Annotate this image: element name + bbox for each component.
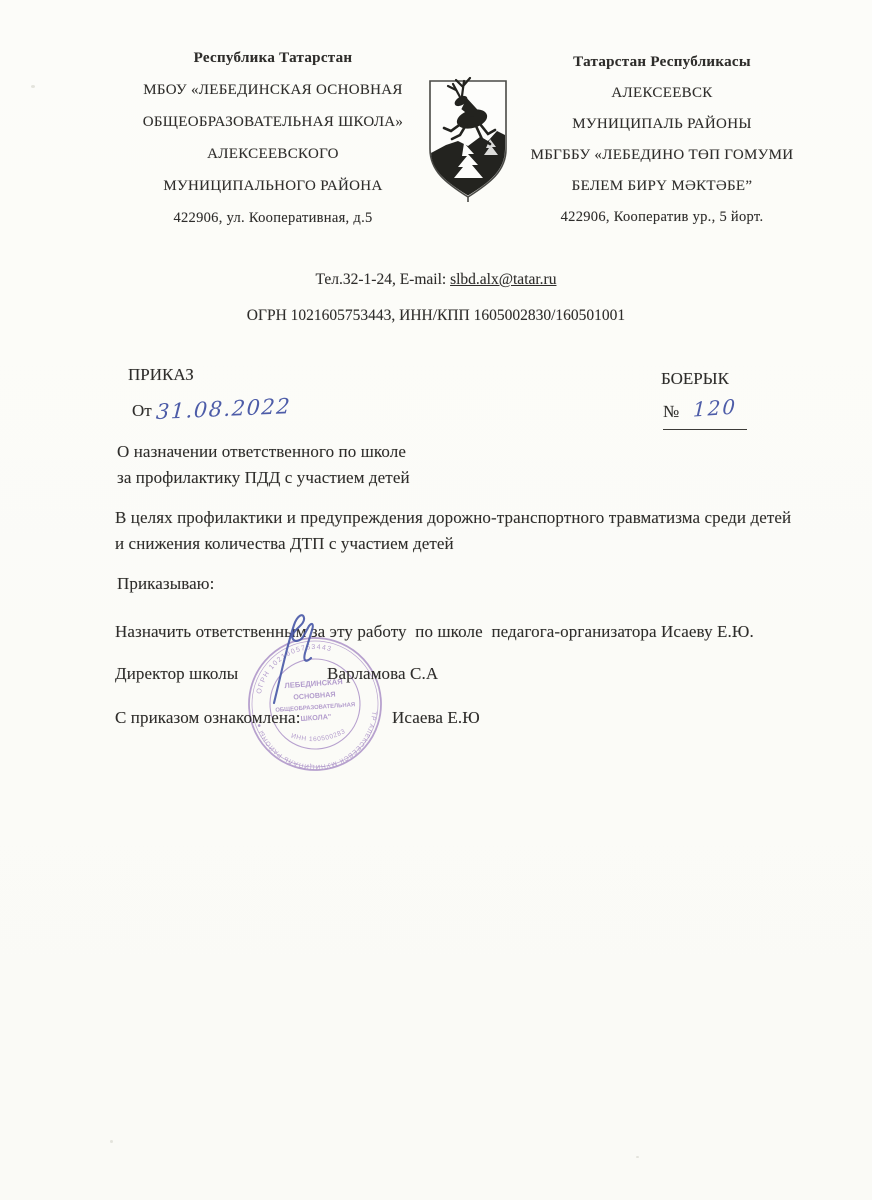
letterhead-republic-tt: Татарстан Республикасы [502,47,822,78]
letterhead-tatar: Татарстан Республикасы АЛЕКСЕЕВСК МУНИЦИ… [502,47,822,233]
subject-line-2: за профилактику ПДД с участием детей [117,468,410,488]
letterhead-school-name-ru-1: МБОУ «ЛЕБЕДИНСКАЯ ОСНОВНАЯ [118,74,428,106]
letterhead-address-ru: 422906, ул. Кооперативная, д.5 [118,202,428,234]
phone-email-line: Тел.32-1-24, E-mail: slbd.alx@tatar.ru [0,262,872,298]
scan-speck [110,1140,113,1143]
order-title-ru: ПРИКАЗ [128,365,194,385]
stamp-center-line-4: ШКОЛА" [300,712,331,723]
phone-label: Тел.32-1-24, E-mail: [316,271,451,288]
scan-speck [636,1156,639,1158]
director-signature [266,603,330,711]
letterhead-school-name-ru-2: ОБЩЕОБРАЗОВАТЕЛЬНАЯ ШКОЛА» [118,106,428,138]
date-label: От [132,401,156,420]
acknowledged-name: Исаева Е.Ю [392,708,480,728]
contact-block: Тел.32-1-24, E-mail: slbd.alx@tatar.ru О… [0,262,872,334]
letterhead-school-name-tt-2: БЕЛЕМ БИРҮ МӘКТӘБЕ” [502,171,822,202]
letterhead-district-tt-1: АЛЕКСЕЕВСК [502,78,822,109]
handwritten-number: 120 [693,394,738,421]
director-name: Варламова С.А [327,664,438,684]
order-number-row: № 120 [663,402,747,430]
order-title-tatar: БОЕРЫК [661,369,729,389]
order-date-row: От 31.08.2022 [132,397,291,421]
letterhead-republic-ru: Республика Татарстан [118,42,428,74]
letterhead-russian: Республика Татарстан МБОУ «ЛЕБЕДИНСКАЯ О… [118,42,428,234]
letterhead-district-ru-1: АЛЕКСЕЕВСКОГО [118,138,428,170]
decree-text: Назначить ответственным за эту работу по… [115,622,754,642]
number-label: № [663,402,679,421]
letterhead-address-tt: 422906, Кооператив ур., 5 йорт. [502,202,822,233]
email-text: slbd.alx@tatar.ru [450,271,556,288]
scanned-order-document: Республика Татарстан МБОУ «ЛЕБЕДИНСКАЯ О… [0,0,872,1200]
subject-line-1: О назначении ответственного по школе [117,442,406,462]
acknowledged-label: С приказом ознакомлена: [115,708,301,728]
scan-speck [31,85,35,88]
preamble-line-1: В целях профилактики и предупреждения до… [115,508,791,528]
preamble-line-2: и снижения количества ДТП с участием дет… [115,534,454,554]
handwritten-date: 31.08.2022 [155,394,292,424]
letterhead-district-ru-2: МУНИЦИПАЛЬНОГО РАЙОНА [118,170,428,202]
letterhead-school-name-tt-1: МБГББУ «ЛЕБЕДИНО ТӨП ГОМУМИ [502,140,822,171]
decree-intro: Приказываю: [117,574,214,594]
letterhead-district-tt-2: МУНИЦИПАЛЬ РАЙОНЫ [502,109,822,140]
director-label: Директор школы [115,664,238,684]
ogrn-inn-line: ОГРН 1021605753443, ИНН/КПП 1605002830/1… [0,298,872,334]
